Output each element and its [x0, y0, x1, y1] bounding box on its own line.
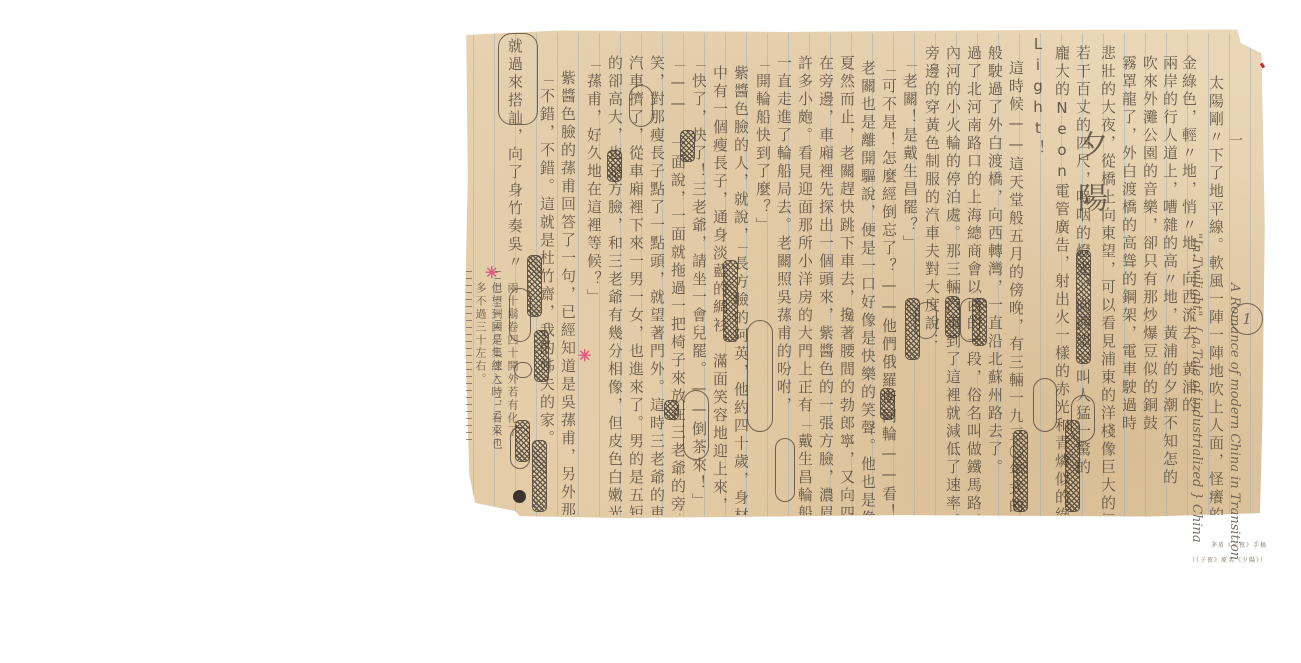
- manuscript-text-column: 過了北河南路口的上海總商會以西的一段，俗名叫做鐵馬路，是行: [966, 45, 981, 515]
- english-note-line2: "In Twilight", { a Tale of industrialize…: [1189, 233, 1204, 543]
- struck-out-text: [945, 296, 960, 338]
- struck-out-text: [880, 388, 895, 420]
- circled-revision: [915, 302, 937, 339]
- margin-side-note: 兩十鬍卷四十開外若有化了，但望到國是集練入時，看來也多不過三十左右。: [472, 282, 520, 452]
- circled-revision: [498, 33, 538, 125]
- struck-out-text: [607, 150, 622, 182]
- circled-revision: [960, 298, 980, 342]
- circled-revision: [1033, 378, 1057, 432]
- caption-line-2: （《子夜》原名《夕陽》）: [1189, 557, 1267, 564]
- circled-revision: [683, 390, 709, 460]
- ruled-line: [1250, 33, 1251, 516]
- ruled-line: [578, 33, 579, 516]
- ruled-line: [557, 33, 558, 516]
- circled-revision: [1071, 395, 1095, 442]
- ink-blot: [513, 490, 526, 503]
- circled-revision: [629, 85, 653, 127]
- manuscript-text-column: 「開輪船快到了麼？」: [755, 55, 770, 235]
- page-number-circle: 1: [1231, 303, 1263, 335]
- manuscript-text-column: 「可不是！怎麼經倒忘了？——他們俄羅斯同輪——看！一輪快艇！」: [881, 60, 896, 515]
- manuscript-text-column: Light！: [1030, 35, 1045, 158]
- manuscript-text-column: 老關也是離開驅說，便是一口好像是快樂的笑聲。他也是像佛的。此時汽車: [860, 60, 875, 515]
- manuscript-text-column: 霧罩龍了，外白渡橋的高聳的鋼架，電車駛過時: [1121, 55, 1136, 433]
- manuscript-text-column: 的卻高大，也是方臉，和三老爺有幾分相像，但皮色白嫩光澤。男的先開口：: [607, 55, 622, 515]
- manuscript-text-column: 夏然而止，老關趕快跳下車去，攙著腰間的勃郎寧，又向四下裡瞥了一眼，就過去開了車門…: [839, 55, 854, 515]
- manuscript-text-column: 內河的小火輪的停泊處。那三輛汽車到了這裡就減低了速率。第一輛車的開車人: [945, 45, 960, 515]
- red-asterisk-icon: ✳: [578, 346, 591, 365]
- manuscript-text-column: 兩岸的行人道上，嘈雜的高〃地，黃浦的夕潮不知怎的: [1162, 55, 1177, 487]
- struck-out-text: [680, 130, 695, 162]
- manuscript-text-column: 太陽剛〃下了地平線。軟風一陣一陣地吹上人面，怪癢的。蘇州河的濁水: [1208, 75, 1223, 515]
- caption-line-1: 茅盾《子夜》手稿: [1211, 542, 1267, 549]
- circled-revision: [747, 320, 773, 432]
- manuscript-text-column: 許多小皰。看見迎面那所小洋房的大門上正有「戴生昌輪船局」六個大字，這人就跳下車來…: [797, 55, 812, 515]
- manuscript-title: 夕陽: [1082, 130, 1097, 234]
- struck-out-text: [532, 440, 547, 512]
- manuscript-text-column: 「蓀甫，好久地在這裡等候？」: [586, 55, 601, 307]
- struck-out-text: [1013, 430, 1028, 512]
- manuscript-text-column: 紫醬色臉的蓀甫回答了一句，已經知道是吳蓀甫，另外那第一輛汽車裡的: [560, 70, 575, 515]
- manuscript-text-column: 一直走進了輪船局去。老關照吳蓀甫的吩咐，: [776, 55, 791, 415]
- chapter-mark: 一: [1227, 133, 1242, 150]
- manuscript-text-column: 般駛過了外白渡橋，向西轉灣，一直沿北蘇州路去了。: [987, 45, 1002, 477]
- struck-out-text: [723, 260, 738, 342]
- manuscript-text-column: 悲壯的大夜，從橋上向東望，可以看見浦東的洋棧像巨大的怪獸: [1100, 45, 1115, 515]
- manuscript-text-column: 吹來外灘公園的音樂，卻只有那炒爆豆似的銅鼓: [1142, 55, 1157, 433]
- struck-out-text: [534, 330, 549, 382]
- manuscript-text-column: 笑，對那瘦長子點了一點頭，就望著門外。這時三老爺的車子已經開過去了，第二輛: [649, 55, 664, 515]
- manuscript-text-column: 在旁邊，車廂裡先探出一個頭來，紫醬色的一張方臉，濃眉毛，圓眼睛，臉上有: [818, 55, 833, 515]
- circled-revision: [775, 438, 795, 502]
- manuscript-text-column: 「老關！是戴生昌罷？」: [902, 55, 917, 253]
- struck-out-text: [1076, 250, 1091, 364]
- struck-out-text: [664, 400, 679, 420]
